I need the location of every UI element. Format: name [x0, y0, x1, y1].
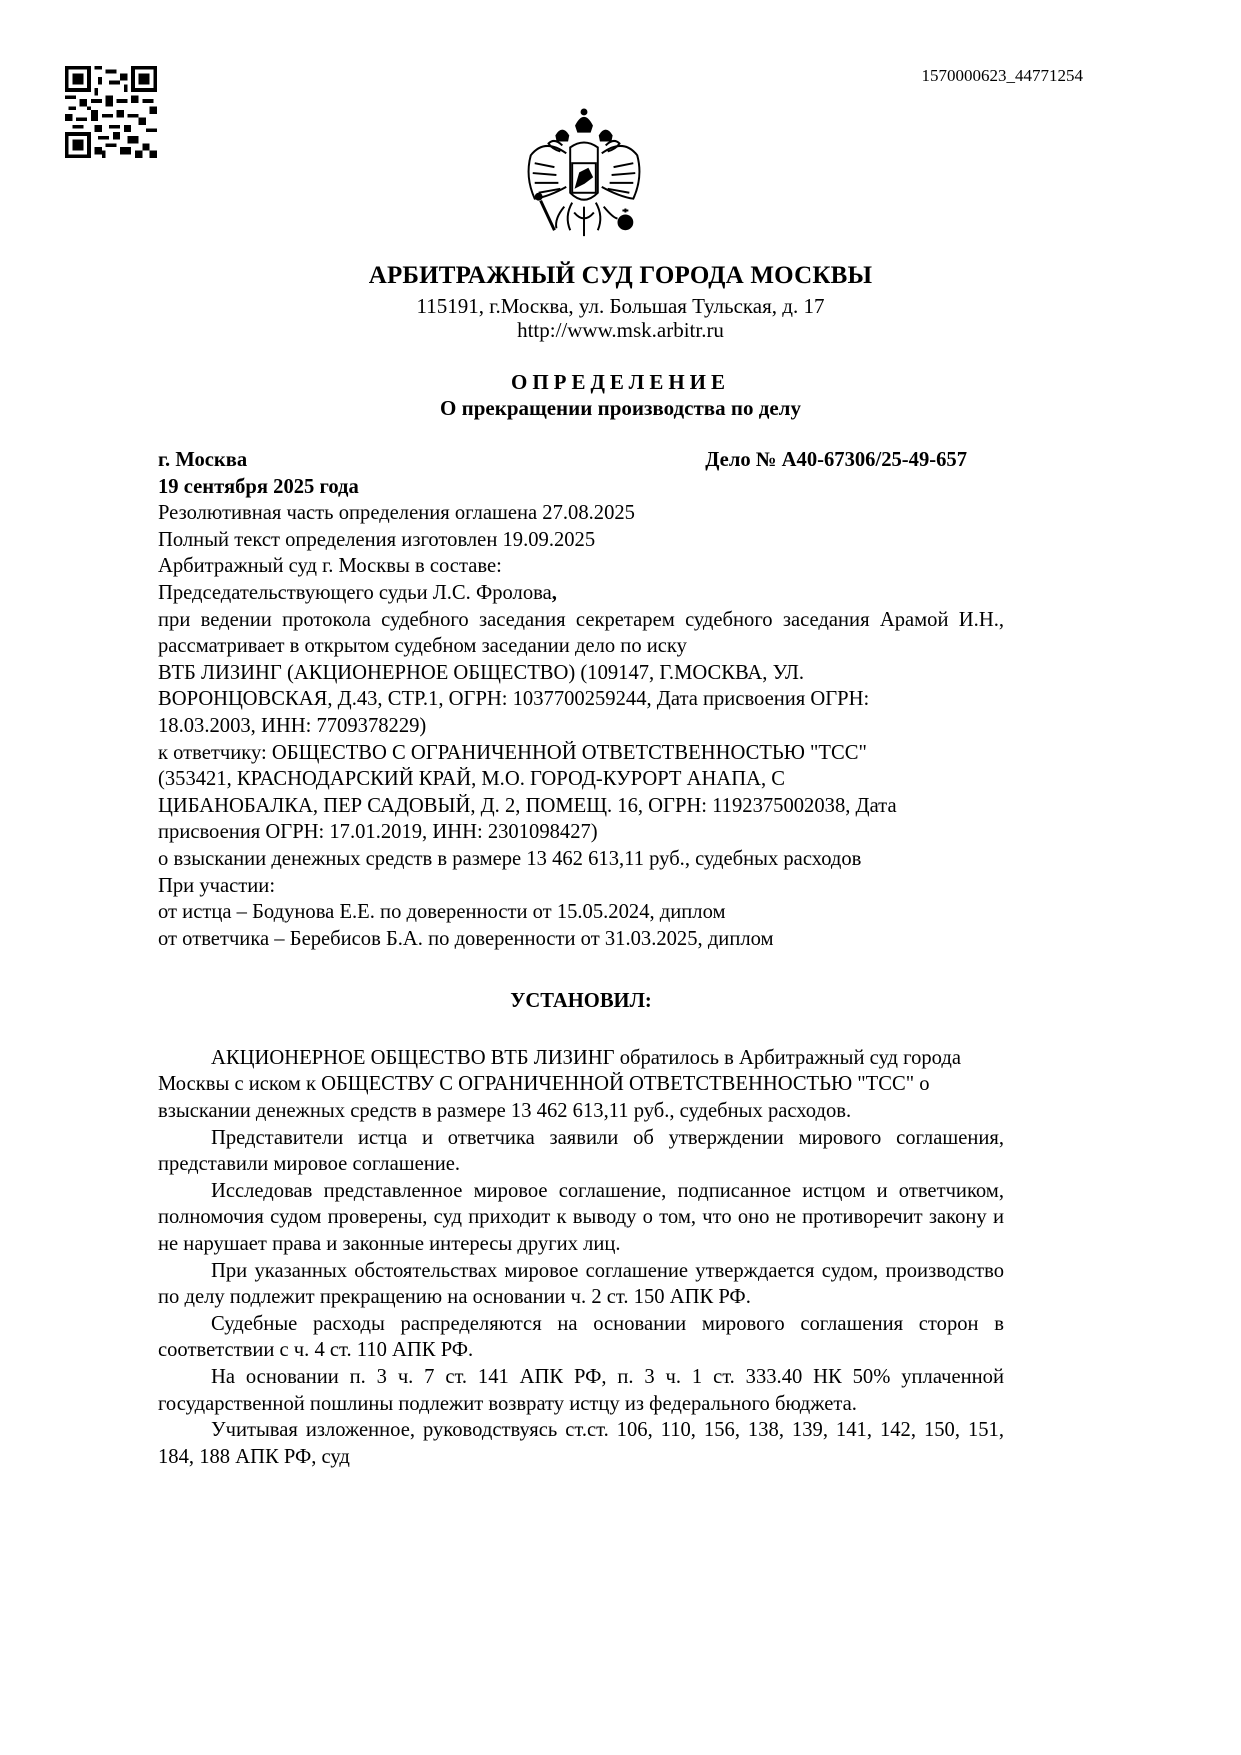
resolution-announced: Резолютивная часть определения оглашена …: [158, 500, 1004, 527]
coat-of-arms-icon: [515, 108, 653, 246]
secretary-text: при ведении протокола судебного заседани…: [158, 607, 1004, 660]
court-address: 115191, г.Москва, ул. Большая Тульская, …: [0, 294, 1241, 319]
plaintiff-details: ВТБ ЛИЗИНГ (АКЦИОНЕРНОЕ ОБЩЕСТВО) (10914…: [158, 660, 1004, 740]
paragraph: Учитывая изложенное, руководствуясь ст.с…: [158, 1417, 1004, 1470]
plaintiff-representative: от истца – Бодунова Е.Е. по доверенности…: [158, 899, 1004, 926]
document-body: г. Москва Дело № А40-67306/25-49-657 19 …: [158, 447, 1004, 1470]
document-subtitle: О прекращении производства по делу: [0, 396, 1241, 421]
claim-text: о взыскании денежных средств в размере 1…: [158, 846, 1004, 873]
defendant-representative: от ответчика – Беребисов Б.А. по доверен…: [158, 926, 1004, 953]
city-case-row: г. Москва Дело № А40-67306/25-49-657: [158, 447, 1004, 474]
section-heading-established: УСТАНОВИЛ:: [158, 988, 1004, 1015]
paragraph: Исследовав представленное мировое соглаш…: [158, 1178, 1004, 1258]
document-type: ОПРЕДЕЛЕНИЕ: [0, 370, 1241, 395]
paragraph: АКЦИОНЕРНОЕ ОБЩЕСТВО ВТБ ЛИЗИНГ обратило…: [158, 1045, 1004, 1125]
court-website-link[interactable]: http://www.msk.arbitr.ru: [0, 318, 1241, 343]
qr-code-icon: [65, 66, 157, 158]
decision-date: 19 сентября 2025 года: [158, 474, 1004, 501]
city: г. Москва: [158, 447, 247, 474]
participation-label: При участии:: [158, 873, 1004, 900]
case-number: Дело № А40-67306/25-49-657: [705, 447, 967, 474]
document-id: 1570000623_44771254: [922, 66, 1084, 86]
presiding-judge: Председательствующего судьи Л.С. Фролова…: [158, 580, 1004, 607]
court-name: АРБИТРАЖНЫЙ СУД ГОРОДА МОСКВЫ: [0, 262, 1241, 290]
full-text-made: Полный текст определения изготовлен 19.0…: [158, 527, 1004, 554]
paragraph: Судебные расходы распределяются на основ…: [158, 1311, 1004, 1364]
paragraph: На основании п. 3 ч. 7 ст. 141 АПК РФ, п…: [158, 1364, 1004, 1417]
paragraph: При указанных обстоятельствах мировое со…: [158, 1258, 1004, 1311]
defendant-details: к ответчику: ОБЩЕСТВО С ОГРАНИЧЕННОЙ ОТВ…: [158, 740, 1004, 846]
paragraph: Представители истца и ответчика заявили …: [158, 1125, 1004, 1178]
court-composition: Арбитражный суд г. Москвы в составе:: [158, 553, 1004, 580]
